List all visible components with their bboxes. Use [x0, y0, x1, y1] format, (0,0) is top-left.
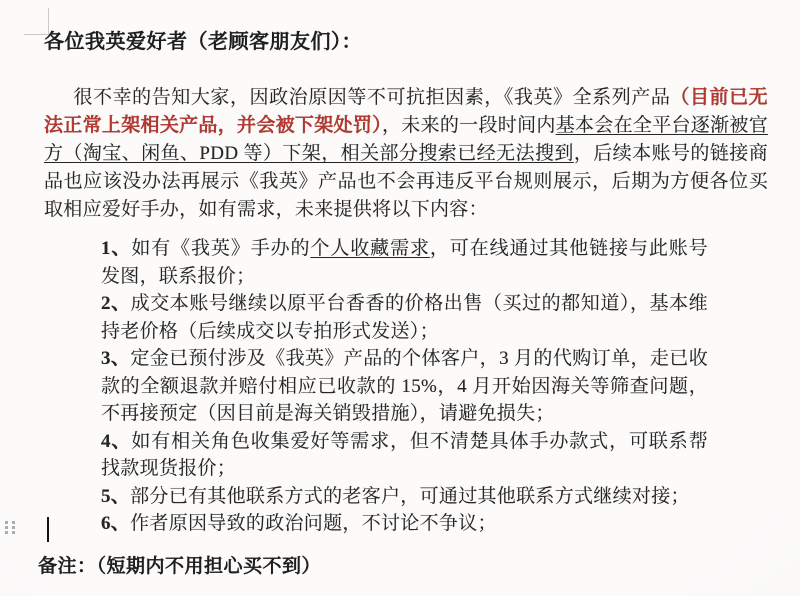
list-item-3: 3、定金已预付涉及《我英》产品的个体客户，3 月的代购订单，走已收款的全额退款并…	[101, 345, 708, 428]
list-item-2-number: 2、	[101, 293, 131, 314]
text-cursor-caret	[47, 517, 49, 542]
intro-lead-text: 很不幸的告知大家，因政治原因等不可抗拒因素，《我英》全系列产品	[73, 87, 670, 108]
list-item-5-text: 部分已有其他联系方式的老客户，可通过其他联系方式继续对接；	[130, 486, 690, 507]
list-item-3-number: 3、	[101, 348, 130, 369]
list-item-4: 4、如有相关角色收集爱好等需求，但不清楚具体手办款式，可联系帮找款现货报价；	[101, 428, 708, 483]
list-item-2-text: 成交本账号继续以原平台香香的价格出售（买过的都知道），基本维持老价格（后续成交以…	[101, 293, 708, 342]
list-item-6: 6、作者原因导致的政治问题，不讨论不争议；	[101, 510, 708, 538]
intro-paragraph: 很不幸的告知大家，因政治原因等不可抗拒因素，《我英》全系列产品（目前已无法正常上…	[44, 84, 768, 224]
intro-mid-text: ，未来的一段时间内	[382, 115, 556, 136]
document-content: 各位我英爱好者（老顾客朋友们）： 很不幸的告知大家，因政治原因等不可抗拒因素，《…	[44, 25, 768, 538]
document-page[interactable]: 各位我英爱好者（老顾客朋友们）： 很不幸的告知大家，因政治原因等不可抗拒因素，《…	[0, 0, 800, 596]
list-item-5-number: 5、	[101, 486, 130, 507]
footer-note: 备注：（短期内不用担心买不到）	[38, 551, 321, 578]
list-item-1-pre-text: 如有《我英》手办的	[131, 238, 310, 259]
list-item-6-number: 6、	[101, 513, 130, 534]
list-item-5: 5、部分已有其他联系方式的老客户，可通过其他联系方式继续对接；	[101, 483, 708, 511]
list-item-3-text: 定金已预付涉及《我英》产品的个体客户，3 月的代购订单，走已收款的全额退款并赔付…	[101, 348, 708, 424]
list-item-6-text: 作者原因导致的政治问题，不讨论不争议；	[130, 513, 497, 534]
list-item-1: 1、如有《我英》手办的个人收藏需求，可在线通过其他链接与此账号发图，联系报价；	[101, 235, 708, 290]
document-title: 各位我英爱好者（老顾客朋友们）：	[44, 25, 768, 54]
list-item-4-text: 如有相关角色收集爱好等需求，但不清楚具体手办款式，可联系帮找款现货报价；	[101, 431, 708, 480]
paragraph-drag-handle-icon[interactable]	[5, 521, 16, 540]
list-item-4-number: 4、	[101, 431, 131, 452]
list-item-1-number: 1、	[101, 238, 131, 259]
numbered-list: 1、如有《我英》手办的个人收藏需求，可在线通过其他链接与此账号发图，联系报价； …	[101, 235, 708, 538]
list-item-2: 2、成交本账号继续以原平台香香的价格出售（买过的都知道），基本维持老价格（后续成…	[101, 290, 708, 345]
list-item-1-underlined-text: 个人收藏需求	[310, 238, 429, 259]
